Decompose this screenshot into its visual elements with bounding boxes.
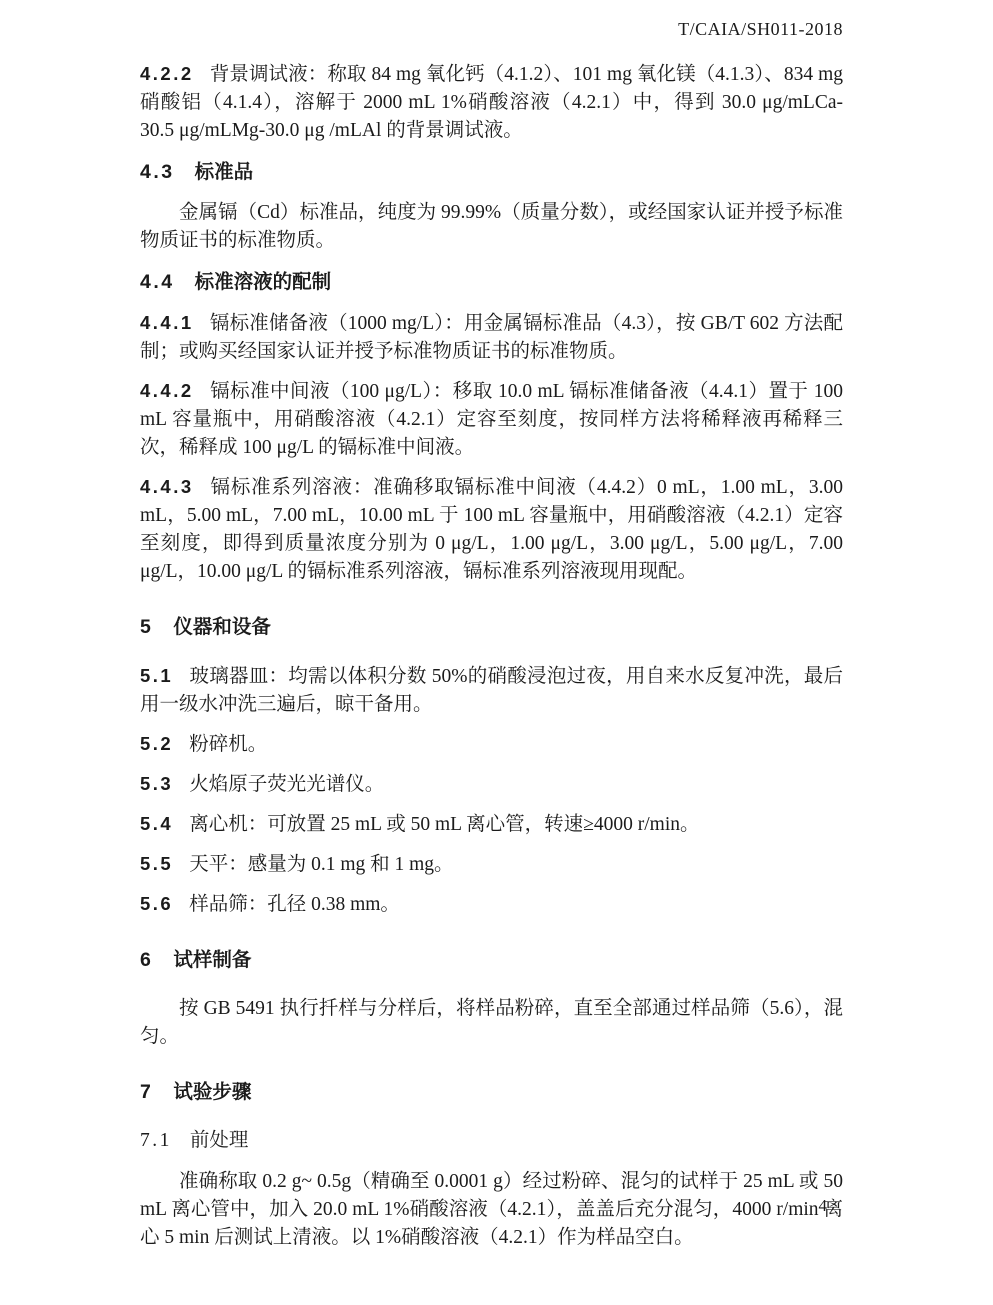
clause-number: 5.4 <box>140 813 173 834</box>
section-heading-4-4: 4.4标准溶液的配制 <box>140 268 843 296</box>
clause-number: 4.4.1 <box>140 312 194 333</box>
paragraph-standard-substance: 金属镉（Cd）标准品，纯度为 99.99%（质量分数），或经国家认证并授予标准物… <box>140 199 843 255</box>
heading-title: 标准品 <box>195 161 254 183</box>
clause-number: 5.6 <box>140 893 173 914</box>
doc-number-header: T/CAIA/SH011-2018 <box>140 18 843 40</box>
clause-number: 4.2.2 <box>140 63 194 84</box>
heading-number: 6 <box>140 949 153 971</box>
heading-number: 7.1 <box>140 1130 172 1151</box>
clause-text: 样品筛：孔径 0.38 mm。 <box>189 894 400 915</box>
paragraph-pretreatment: 准确称取 0.2 g~ 0.5g（精确至 0.0001 g）经过粉碎、混匀的试样… <box>140 1168 843 1252</box>
heading-number: 7 <box>140 1081 153 1103</box>
clause-4-4-3: 4.4.3镉标准系列溶液：准确移取镉标准中间液（4.4.2）0 mL，1.00 … <box>140 473 843 586</box>
clause-text: 镉标准系列溶液：准确移取镉标准中间液（4.4.2）0 mL，1.00 mL，3.… <box>140 477 843 582</box>
heading-title: 试样制备 <box>173 949 251 971</box>
clause-5-2: 5.2粉碎机。 <box>140 730 843 759</box>
page-number: 4 <box>819 1196 828 1216</box>
clause-text: 玻璃器皿：均需以体积分数 50%的硝酸浸泡过夜，用自来水反复冲洗，最后用一级水冲… <box>140 666 843 715</box>
section-heading-6: 6试样制备 <box>140 946 843 974</box>
clause-text: 离心机：可放置 25 mL 或 50 mL 离心管，转速≥4000 r/min。 <box>189 814 699 835</box>
paragraph-sample-preparation: 按 GB 5491 执行扦样与分样后，将样品粉碎，直至全部通过样品筛（5.6），… <box>140 995 843 1051</box>
heading-title: 试验步骤 <box>173 1081 251 1103</box>
clause-4-4-1: 4.4.1镉标准储备液（1000 mg/L）：用金属镉标准品（4.3），按 GB… <box>140 309 843 366</box>
clause-number: 5.3 <box>140 773 173 794</box>
subsection-heading-7-1: 7.1前处理 <box>140 1127 843 1155</box>
heading-number: 4.3 <box>140 161 175 183</box>
clause-text: 镉标准储备液（1000 mg/L）：用金属镉标准品（4.3），按 GB/T 60… <box>140 313 843 362</box>
clause-text: 火焰原子荧光光谱仪。 <box>189 774 384 795</box>
clause-text: 粉碎机。 <box>189 734 267 755</box>
clause-4-2-2: 4.2.2背景调试液：称取 84 mg 氧化钙（4.1.2）、101 mg 氧化… <box>140 60 843 145</box>
section-heading-7: 7试验步骤 <box>140 1078 843 1106</box>
clause-5-5: 5.5天平：感量为 0.1 mg 和 1 mg。 <box>140 850 843 879</box>
heading-number: 4.4 <box>140 271 175 293</box>
clause-text: 镉标准中间液（100 μg/L）：移取 10.0 mL 镉标准储备液（4.4.1… <box>140 381 843 458</box>
heading-title: 仪器和设备 <box>173 616 271 638</box>
clause-text: 背景调试液：称取 84 mg 氧化钙（4.1.2）、101 mg 氧化镁（4.1… <box>140 64 843 141</box>
section-heading-4-3: 4.3标准品 <box>140 158 843 186</box>
clause-number: 4.4.3 <box>140 476 194 497</box>
clause-number: 5.2 <box>140 733 173 754</box>
clause-number: 5.5 <box>140 853 173 874</box>
clause-5-6: 5.6样品筛：孔径 0.38 mm。 <box>140 890 843 919</box>
document-page: T/CAIA/SH011-2018 4.2.2背景调试液：称取 84 mg 氧化… <box>0 0 993 1305</box>
heading-number: 5 <box>140 616 153 638</box>
clause-5-3: 5.3火焰原子荧光光谱仪。 <box>140 770 843 799</box>
heading-title: 标准溶液的配制 <box>195 271 332 293</box>
clause-text: 天平：感量为 0.1 mg 和 1 mg。 <box>189 854 453 875</box>
clause-number: 5.1 <box>140 665 173 686</box>
heading-title: 前处理 <box>190 1130 249 1151</box>
clause-number: 4.4.2 <box>140 380 194 401</box>
clause-5-1: 5.1玻璃器皿：均需以体积分数 50%的硝酸浸泡过夜，用自来水反复冲洗，最后用一… <box>140 662 843 719</box>
clause-5-4: 5.4离心机：可放置 25 mL 或 50 mL 离心管，转速≥4000 r/m… <box>140 810 843 839</box>
clause-4-4-2: 4.4.2镉标准中间液（100 μg/L）：移取 10.0 mL 镉标准储备液（… <box>140 377 843 462</box>
section-heading-5: 5仪器和设备 <box>140 613 843 641</box>
document-content: T/CAIA/SH011-2018 4.2.2背景调试液：称取 84 mg 氧化… <box>0 0 993 1252</box>
